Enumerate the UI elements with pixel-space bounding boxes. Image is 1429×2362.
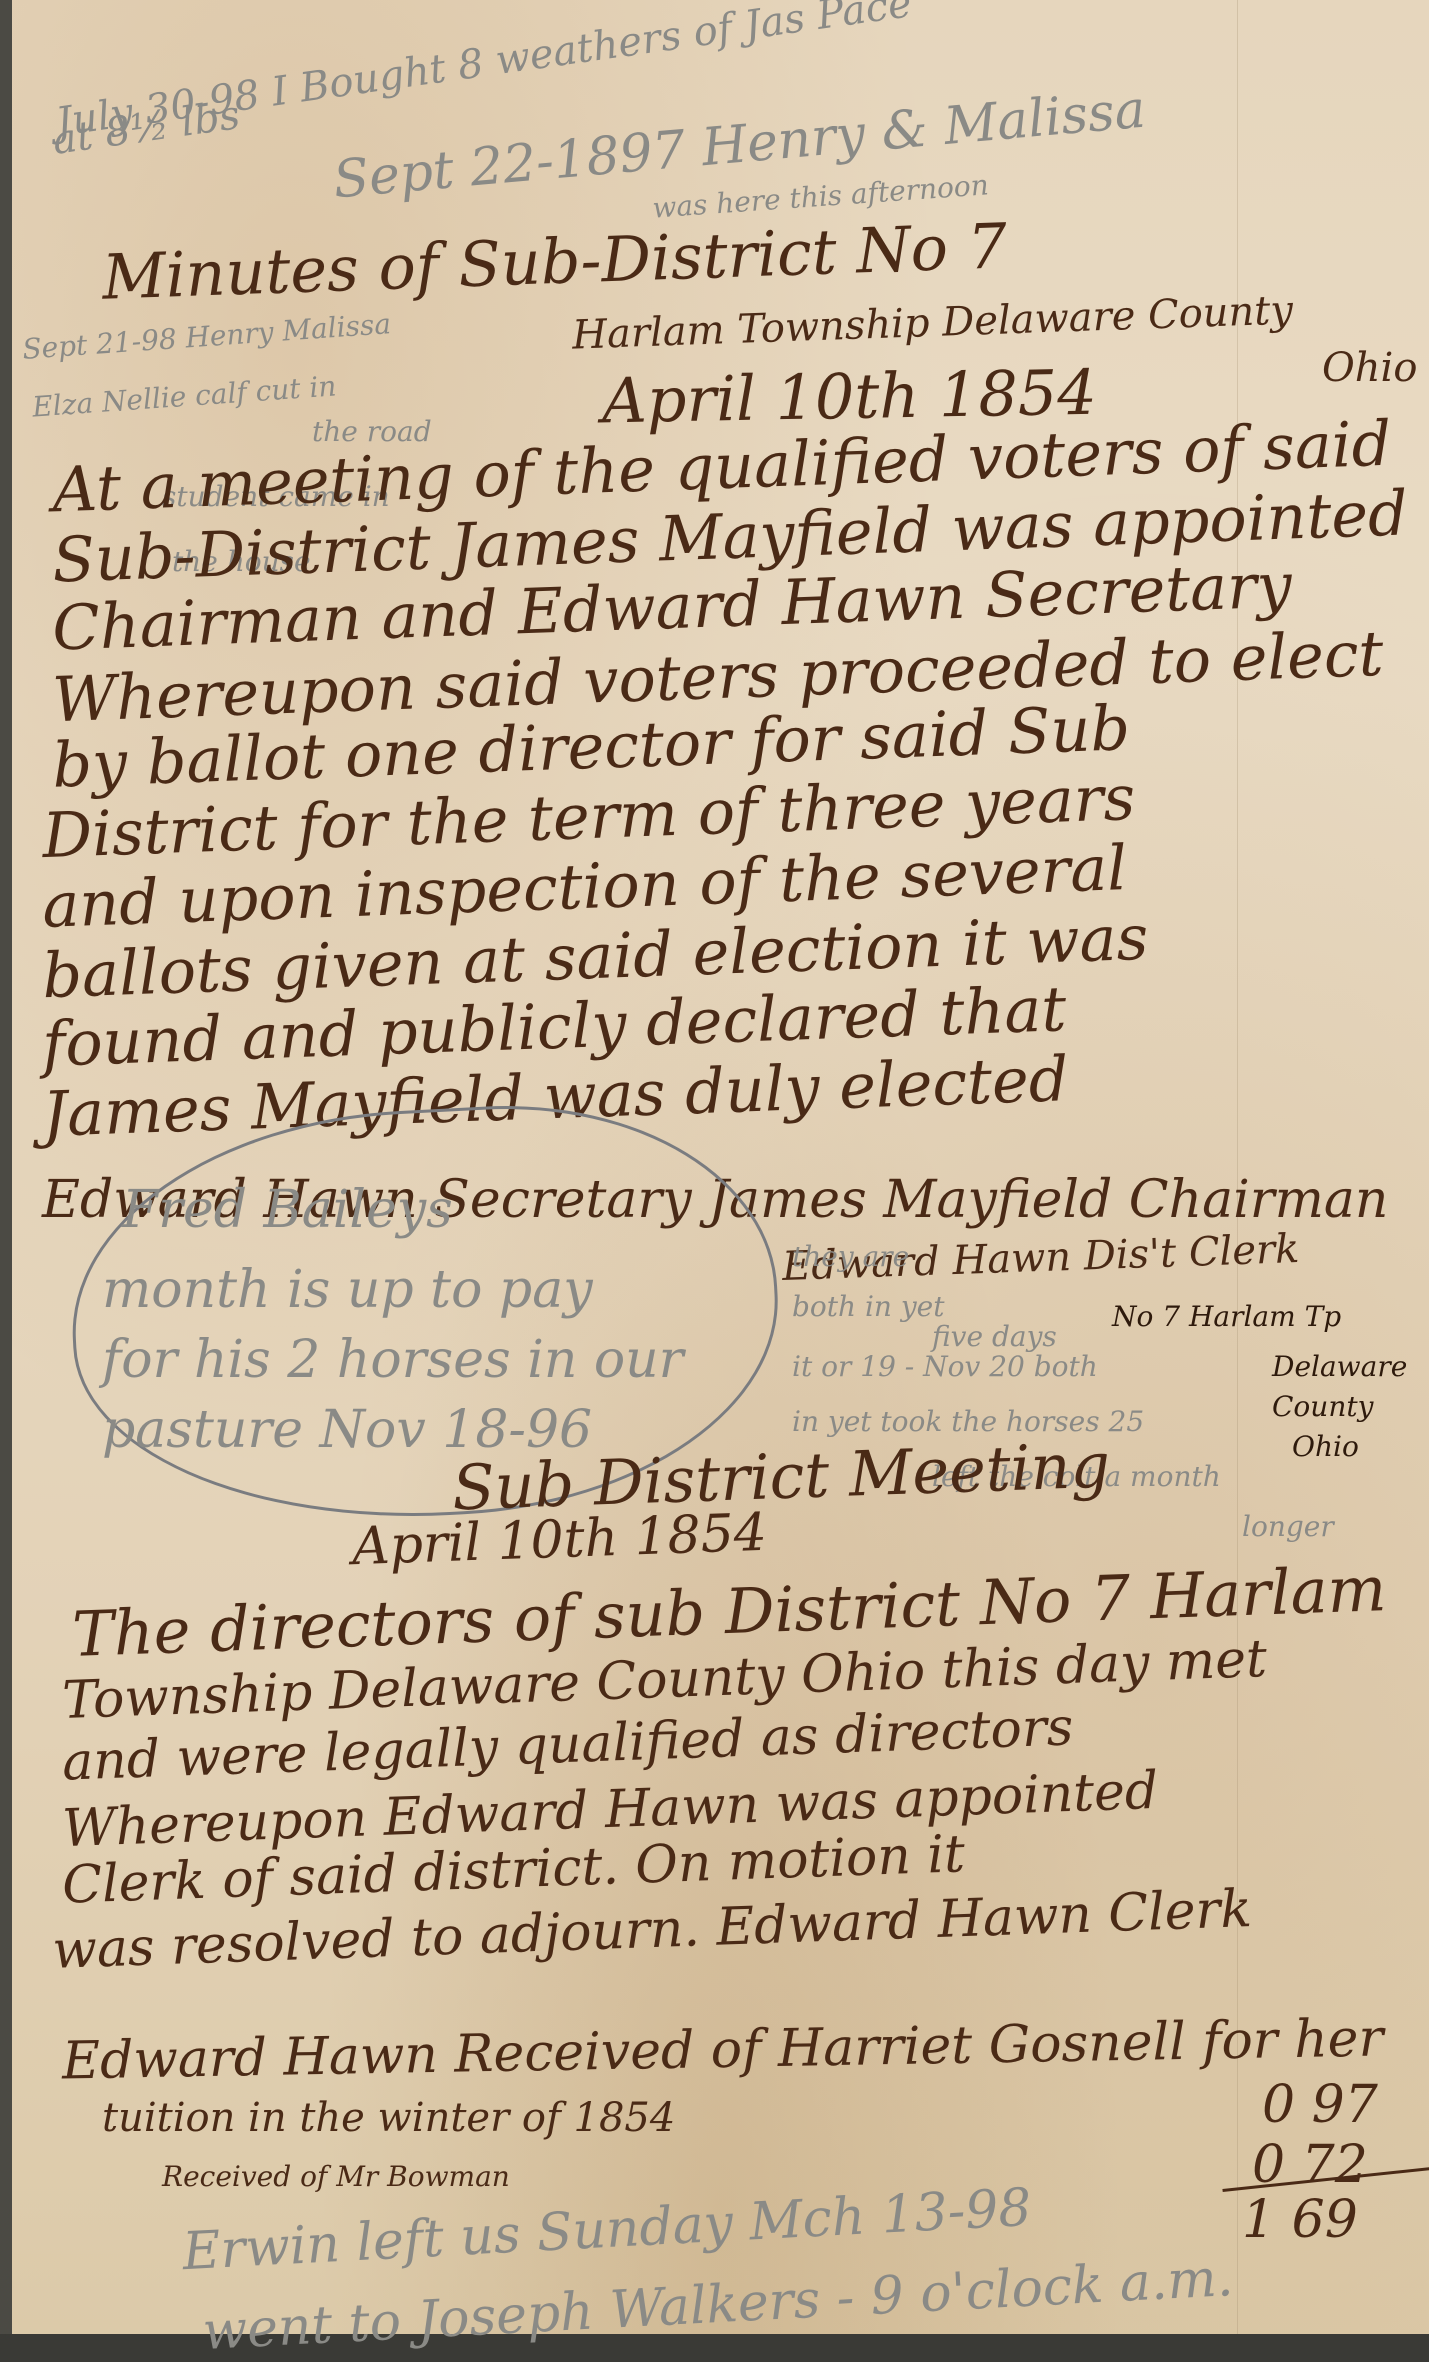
circled-note: Fred Baileys: [122, 1180, 453, 1240]
clerk-location: Delaware: [1272, 1350, 1407, 1383]
amount-total: 1 69: [1242, 2190, 1358, 2250]
right-pencil-note: they are: [792, 1240, 909, 1273]
circled-note: month is up to pay: [102, 1260, 593, 1320]
right-pencil-note: longer: [1242, 1510, 1334, 1543]
clerk-location: Ohio: [1292, 1430, 1359, 1463]
clerk-location: County: [1272, 1390, 1373, 1423]
right-pencil-note: five days: [932, 1320, 1057, 1353]
right-pencil-note: both in yet: [792, 1290, 945, 1323]
receipt-line: tuition in the winter of 1854: [102, 2095, 675, 2141]
receipt-line: Edward Hawn Received of Harriet Gosnell …: [62, 2008, 1384, 2091]
header-state: Ohio: [1322, 345, 1417, 391]
circled-note: for his 2 horses in our: [102, 1330, 684, 1390]
right-pencil-note: it or 19 - Nov 20 both: [792, 1350, 1098, 1383]
page-title: Minutes of Sub-District No 7: [101, 209, 1008, 314]
page-fold: [1237, 0, 1238, 2334]
margin-pencil: Sept 21-98 Henry Malissa: [21, 307, 392, 366]
amount: 0 97: [1262, 2075, 1378, 2135]
margin-pencil: Elza Nellie calf cut in: [31, 369, 337, 423]
header-location: Harlam Township Delaware County: [571, 287, 1293, 358]
receipt-line: Received of Mr Bowman: [162, 2160, 510, 2193]
clerk-location: No 7 Harlam Tp: [1112, 1300, 1341, 1333]
document-page: July 30-98 I Bought 8 weathers of Jas Pa…: [0, 0, 1429, 2334]
